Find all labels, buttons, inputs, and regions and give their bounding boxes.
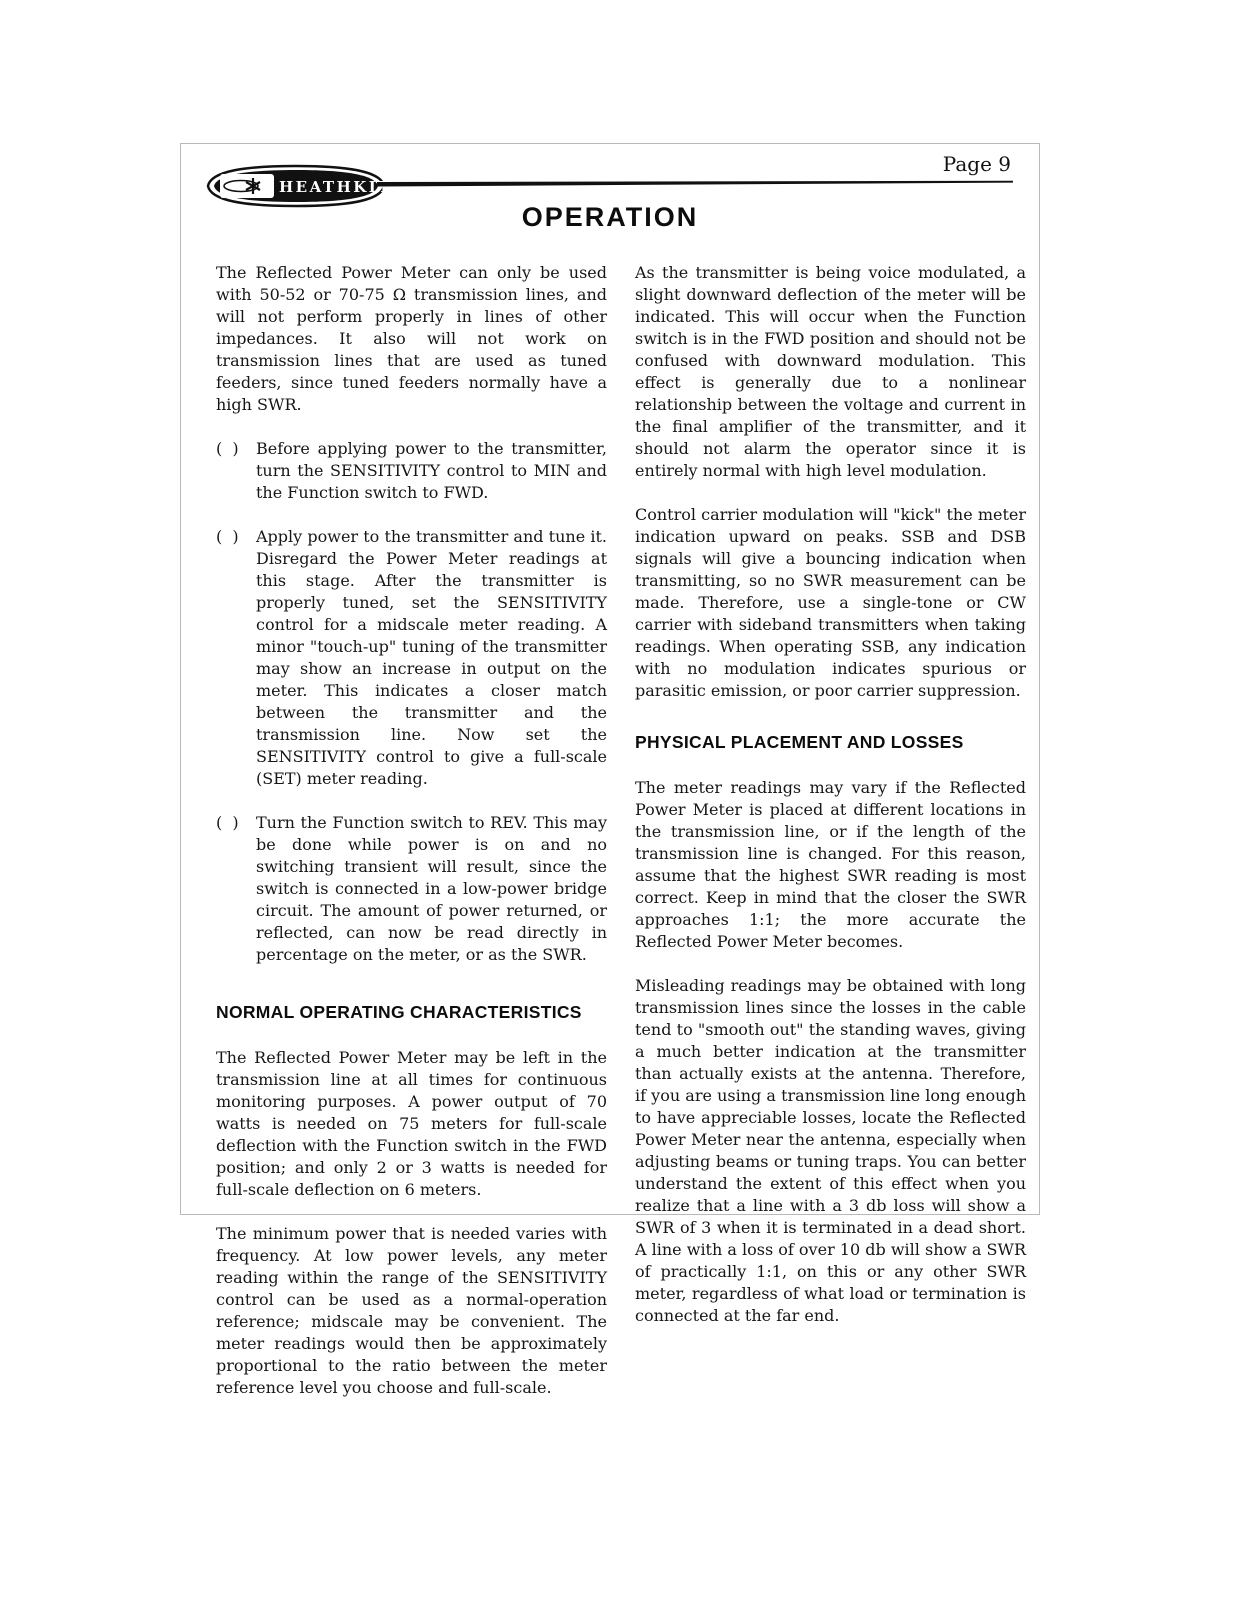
left-column: The Reflected Power Meter can only be us… — [216, 262, 607, 1421]
page-title: OPERATION — [181, 202, 1039, 233]
right-column: As the transmitter is being voice modula… — [635, 262, 1026, 1421]
checklist-item: ( ) Before applying power to the transmi… — [216, 438, 607, 504]
paragraph: Control carrier modulation will "kick" t… — [635, 504, 1026, 702]
section-heading-physical-placement: PHYSICAL PLACEMENT AND LOSSES — [635, 732, 1026, 753]
paragraph: Misleading readings may be obtained with… — [635, 975, 1026, 1327]
paragraph: The meter readings may vary if the Refle… — [635, 777, 1026, 953]
header-rule — [377, 180, 1013, 190]
checklist-item: ( ) Turn the Function switch to REV. Thi… — [216, 812, 607, 966]
checklist-item: ( ) Apply power to the transmitter and t… — [216, 526, 607, 790]
logo-panel — [220, 174, 274, 198]
intro-paragraph: The Reflected Power Meter can only be us… — [216, 262, 607, 416]
section-heading-normal-operating: NORMAL OPERATING CHARACTERISTICS — [216, 1002, 607, 1023]
checklist-marker: ( ) — [216, 812, 256, 966]
paragraph: The Reflected Power Meter may be left in… — [216, 1047, 607, 1201]
document-page: Page 9 HEATHKIT OPERATION The Reflected — [180, 143, 1040, 1215]
paragraph: As the transmitter is being voice modula… — [635, 262, 1026, 482]
page-number: Page 9 — [943, 152, 1011, 176]
checklist-text: Turn the Function switch to REV. This ma… — [256, 812, 607, 966]
checklist-marker: ( ) — [216, 438, 256, 504]
checklist-marker: ( ) — [216, 526, 256, 790]
two-column-body: The Reflected Power Meter can only be us… — [216, 262, 1026, 1421]
checklist-text: Apply power to the transmitter and tune … — [256, 526, 607, 790]
paragraph: The minimum power that is needed varies … — [216, 1223, 607, 1399]
brand-text: HEATHKIT — [279, 178, 387, 196]
checklist-text: Before applying power to the transmitter… — [256, 438, 607, 504]
